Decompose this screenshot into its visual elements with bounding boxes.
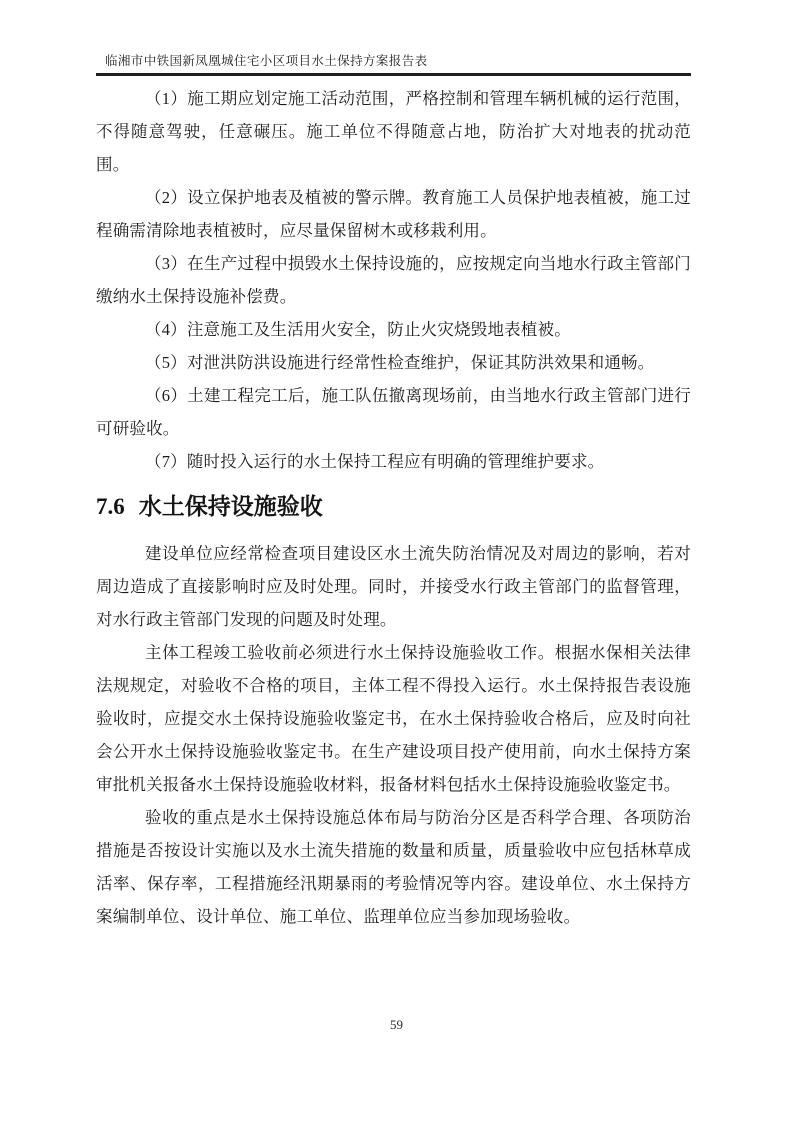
body-paragraph-1: 建设单位应经常检查项目建设区水土流失防治情况及对周边的影响，若对周边造成了直接影… bbox=[96, 537, 691, 636]
numbered-item-3: （3）在生产过程中损毁水土保持设施的，应按规定向当地水行政主管部门缴纳水土保持设… bbox=[96, 247, 691, 313]
document-body: （1）施工期应划定施工活动范围，严格控制和管理车辆机械的运行范围，不得随意驾驶，… bbox=[96, 82, 691, 933]
numbered-item-1: （1）施工期应划定施工活动范围，严格控制和管理车辆机械的运行范围，不得随意驾驶，… bbox=[96, 82, 691, 181]
page-number: 59 bbox=[390, 1017, 403, 1032]
header-double-rule bbox=[96, 73, 691, 76]
numbered-item-4: （4）注意施工及生活用火安全，防止火灾烧毁地表植被。 bbox=[96, 313, 691, 346]
numbered-item-2: （2）设立保护地表及植被的警示牌。教育施工人员保护地表植被，施工过程确需清除地表… bbox=[96, 181, 691, 247]
numbered-item-5: （5）对泄洪防洪设施进行经常性检查维护，保证其防洪效果和通畅。 bbox=[96, 346, 691, 379]
document-page: 临湘市中铁国新凤凰城住宅小区项目水土保持方案报告表 （1）施工期应划定施工活动范… bbox=[0, 0, 793, 1122]
section-title: 水土保持设施验收 bbox=[139, 494, 323, 519]
body-paragraph-2: 主体工程竣工验收前必须进行水土保持设施验收工作。根据水保相关法律法规规定，对验收… bbox=[96, 636, 691, 801]
header-title: 临湘市中铁国新凤凰城住宅小区项目水土保持方案报告表 bbox=[96, 53, 691, 69]
page-content: 临湘市中铁国新凤凰城住宅小区项目水土保持方案报告表 （1）施工期应划定施工活动范… bbox=[96, 53, 691, 933]
numbered-item-7: （7）随时投入运行的水土保持工程应有明确的管理维护要求。 bbox=[96, 445, 691, 478]
section-heading: 7.6水土保持设施验收 bbox=[96, 491, 691, 523]
page-header: 临湘市中铁国新凤凰城住宅小区项目水土保持方案报告表 bbox=[96, 53, 691, 76]
numbered-item-6: （6）土建工程完工后，施工队伍撤离现场前，由当地水行政主管部门进行可研验收。 bbox=[96, 379, 691, 445]
section-number: 7.6 bbox=[96, 491, 125, 523]
page-footer: 59 bbox=[0, 1016, 793, 1034]
body-paragraph-3: 验收的重点是水土保持设施总体布局与防治分区是否科学合理、各项防治措施是否按设计实… bbox=[96, 801, 691, 933]
